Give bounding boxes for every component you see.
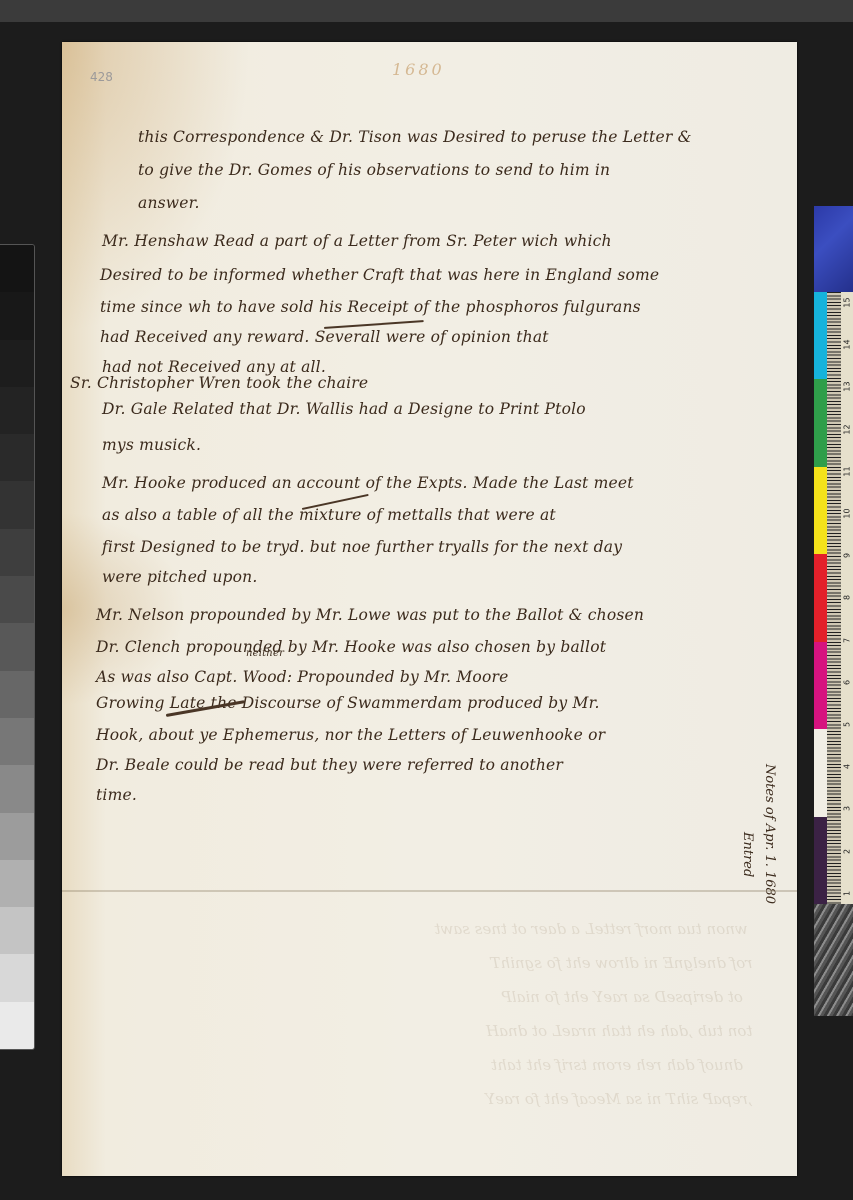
ruler-number: 5 (843, 719, 852, 731)
ruler-number: 1 (843, 887, 852, 899)
ruler-millimeter-scale (827, 292, 841, 904)
ruler-number: 3 (843, 803, 852, 815)
manuscript-text-body: this Correspondence & Dr. Tison was Desi… (62, 42, 797, 842)
manuscript-line: time since wh to have sold his Receipt o… (100, 298, 641, 316)
swatch-purple (814, 817, 827, 904)
grayscale-step (0, 292, 34, 339)
grayscale-step (0, 623, 34, 670)
manuscript-line: first Designed to be tryd. but noe furth… (102, 538, 622, 556)
top-backing-strip (0, 0, 853, 23)
grayscale-step (0, 954, 34, 1001)
grayscale-step (0, 387, 34, 434)
manuscript-line: answer. (138, 194, 200, 212)
grayscale-step (0, 907, 34, 954)
ruler-number: 6 (843, 676, 852, 688)
ruler-number: 14 (843, 339, 852, 351)
ruler-number: 8 (843, 592, 852, 604)
grayscale-step (0, 529, 34, 576)
ruler-number: 11 (843, 465, 852, 477)
manuscript-line: Mr. Henshaw Read a part of a Letter from… (102, 232, 612, 250)
grayscale-step (0, 576, 34, 623)
manuscript-line: Growing Late the Discourse of Swammerdam… (96, 694, 600, 712)
ruler-textured-footer (814, 904, 853, 1016)
fold-crease (62, 890, 797, 892)
grayscale-step (0, 718, 34, 765)
manuscript-line: As was also Capt. Wood: Propounded by Mr… (96, 668, 508, 686)
manuscript-line: this Correspondence & Dr. Tison was Desi… (138, 128, 692, 146)
manuscript-line: Mr. Nelson propounded by Mr. Lowe was pu… (96, 606, 644, 624)
endorsement-entred: Entred (740, 832, 755, 877)
grayscale-step (0, 1002, 34, 1049)
swatch-yellow (814, 467, 827, 554)
manuscript-line: time. (96, 786, 137, 804)
bleed-through-text: wnon tua morf retteL a daer ot tnes sawt… (142, 912, 762, 1172)
swatch-cyan (814, 292, 827, 379)
grayscale-step (0, 434, 34, 481)
manuscript-line: were pitched upon. (102, 568, 258, 586)
manuscript-line: Dr. Gale Related that Dr. Wallis had a D… (102, 400, 586, 418)
manuscript-line: Mr. Hooke produced an account of the Exp… (102, 474, 634, 492)
manuscript-line: mys musick. (102, 436, 201, 454)
ruler-blue-header (814, 206, 853, 292)
grayscale-step (0, 813, 34, 860)
manuscript-line: as also a table of all the mixture of me… (102, 506, 556, 524)
ruler-number: 15 (843, 297, 852, 309)
interlinear-insertion: neither (246, 648, 284, 659)
ruler-numbers: 151413121110987654321 (841, 292, 853, 904)
manuscript-line: Hook, about ye Ephemerus, nor the Letter… (96, 726, 605, 744)
swatch-green (814, 379, 827, 466)
grayscale-calibration-card (0, 244, 35, 1050)
ruler-number: 9 (843, 550, 852, 562)
manuscript-line: to give the Dr. Gomes of his observation… (138, 161, 610, 179)
grayscale-step (0, 765, 34, 812)
manuscript-line: Dr. Beale could be read but they were re… (96, 756, 563, 774)
endorsement-note: Notes of Apr. 1. 1680 (762, 764, 777, 904)
grayscale-step (0, 481, 34, 528)
swatch-red (814, 554, 827, 641)
manuscript-line: Sr. Christopher Wren took the chaire (70, 374, 368, 392)
grayscale-step (0, 340, 34, 387)
grayscale-step (0, 671, 34, 718)
manuscript-line: Dr. Clench propounded by Mr. Hooke was a… (96, 638, 606, 656)
ruler-number: 13 (843, 381, 852, 393)
color-calibration-ruler: 151413121110987654321 (814, 206, 853, 1016)
manuscript-page: 428 1680 this Correspondence & Dr. Tison… (62, 42, 797, 1176)
grayscale-step (0, 860, 34, 907)
manuscript-line: had Received any reward. Severall were o… (100, 328, 549, 346)
swatch-magenta (814, 642, 827, 729)
ruler-number: 4 (843, 761, 852, 773)
ruler-number: 12 (843, 423, 852, 435)
ruler-number: 2 (843, 845, 852, 857)
color-swatches (814, 292, 827, 904)
manuscript-line: Desired to be informed whether Craft tha… (100, 266, 659, 284)
ruler-number: 10 (843, 508, 852, 520)
grayscale-step (0, 245, 34, 292)
swatch-white (814, 729, 827, 816)
ruler-number: 7 (843, 634, 852, 646)
